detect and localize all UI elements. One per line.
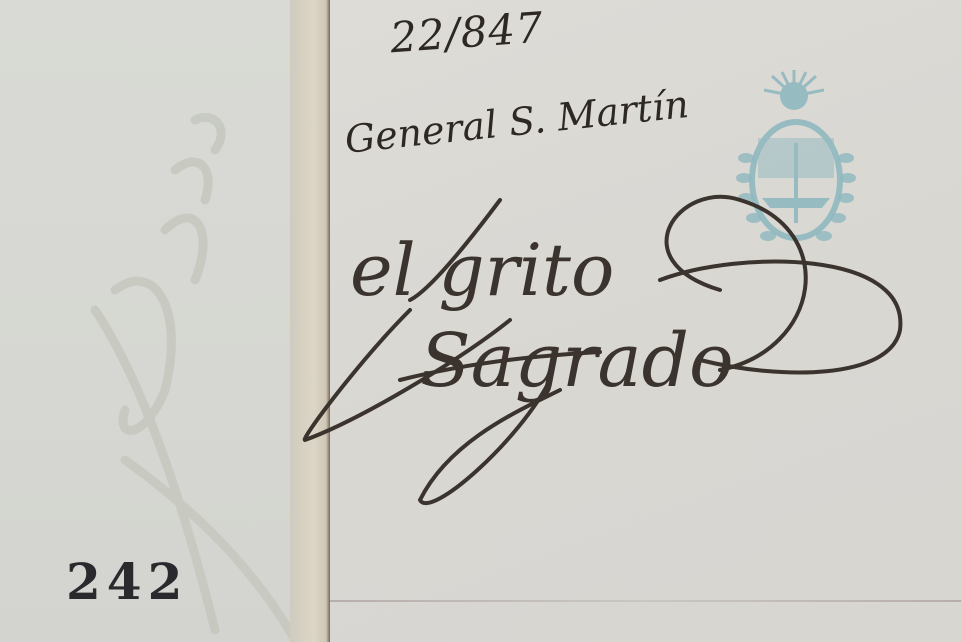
title-line-1: el grito [350,228,614,312]
page-number: 242 [66,552,188,611]
title-line-2: Sagrado [420,318,734,404]
fold-line [330,600,961,602]
